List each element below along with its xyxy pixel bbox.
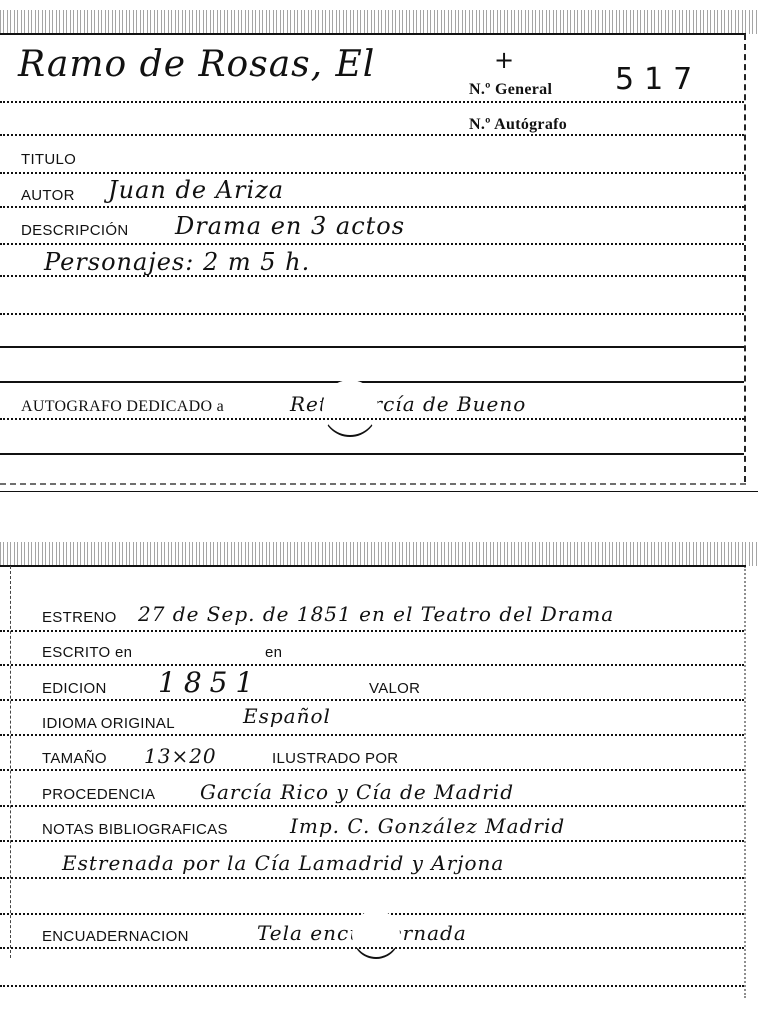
rule-line bbox=[0, 985, 744, 987]
escrito-label: ESCRITO en bbox=[42, 644, 132, 661]
notas-label: NOTAS BIBLIOGRAFICAS bbox=[42, 821, 228, 838]
rule-line bbox=[0, 805, 744, 807]
rule-line bbox=[0, 313, 744, 315]
rule-line bbox=[0, 699, 744, 701]
titulo-label: TITULO bbox=[21, 151, 76, 168]
procedencia-value: García Rico y Cía de Madrid bbox=[200, 780, 514, 804]
edicion-value: 1851 bbox=[158, 666, 261, 699]
autografo-dedicado-label: AUTOGRAFO DEDICADO a bbox=[21, 398, 224, 416]
rule-line bbox=[0, 172, 744, 174]
torn-edge bbox=[0, 483, 746, 486]
idioma-label: IDIOMA ORIGINAL bbox=[42, 715, 175, 732]
scan-noise-edge bbox=[0, 542, 758, 566]
notas-continuation: Estrenada por la Cía Lamadrid y Arjona bbox=[62, 851, 504, 875]
numero-general-value: 517 bbox=[615, 62, 702, 97]
rule-line bbox=[0, 418, 744, 420]
estreno-value: 27 de Sep. de 1851 en el Teatro del Dram… bbox=[138, 602, 614, 626]
rule-line bbox=[0, 381, 744, 383]
rule-line bbox=[0, 840, 744, 842]
autor-label: AUTOR bbox=[21, 187, 75, 204]
rule-line bbox=[0, 769, 744, 771]
catalog-card-front: Ramo de Rosas, El + N.º General 517 N.º … bbox=[0, 0, 746, 492]
card-right-border bbox=[744, 566, 746, 998]
rule-line bbox=[0, 346, 744, 348]
valor-label: VALOR bbox=[369, 680, 420, 697]
descripcion-label: DESCRIPCIÓN bbox=[21, 222, 128, 239]
cross-mark: + bbox=[494, 46, 514, 74]
tamano-value: 13×20 bbox=[144, 744, 217, 768]
idioma-value: Español bbox=[243, 704, 331, 728]
scan-noise-edge bbox=[0, 10, 758, 34]
rule-line bbox=[0, 877, 744, 879]
edicion-label: EDICION bbox=[42, 680, 107, 697]
estreno-label: ESTRENO bbox=[42, 609, 117, 626]
rule-line bbox=[0, 734, 744, 736]
catalog-card-back: ESTRENO 27 de Sep. de 1851 en el Teatro … bbox=[0, 540, 746, 1028]
rule-line bbox=[0, 243, 744, 245]
card-bottom-border bbox=[0, 491, 758, 492]
rule-line bbox=[0, 630, 744, 632]
rule-line bbox=[0, 206, 744, 208]
rule-line bbox=[0, 275, 744, 277]
card-left-border bbox=[10, 566, 11, 958]
punch-hole bbox=[322, 380, 378, 437]
autor-value: Juan de Ariza bbox=[108, 176, 284, 204]
rule-line bbox=[0, 453, 744, 455]
escrito-en-label: en bbox=[265, 644, 282, 661]
rule-line bbox=[0, 664, 744, 666]
tamano-label: TAMAÑO bbox=[42, 750, 107, 767]
descripcion-value: Drama en 3 actos bbox=[175, 212, 405, 240]
card-right-border bbox=[744, 34, 746, 482]
punch-hole bbox=[352, 910, 400, 959]
notas-value: Imp. C. González Madrid bbox=[290, 814, 565, 838]
numero-general-label: N.º General bbox=[469, 81, 552, 99]
descripcion-continuation: Personajes: 2 m 5 h. bbox=[44, 248, 310, 276]
ilustrado-label: ILUSTRADO POR bbox=[272, 750, 398, 767]
rule-line bbox=[0, 947, 744, 949]
procedencia-label: PROCEDENCIA bbox=[42, 786, 155, 803]
card-top-border bbox=[0, 33, 746, 35]
rule-line bbox=[0, 134, 744, 136]
numero-autografo-label: N.º Autógrafo bbox=[469, 116, 567, 134]
handwritten-title: Ramo de Rosas, El bbox=[18, 44, 375, 85]
card-top-border bbox=[0, 565, 746, 567]
encuadernacion-label: ENCUADERNACION bbox=[42, 928, 189, 945]
rule-line bbox=[0, 101, 744, 103]
